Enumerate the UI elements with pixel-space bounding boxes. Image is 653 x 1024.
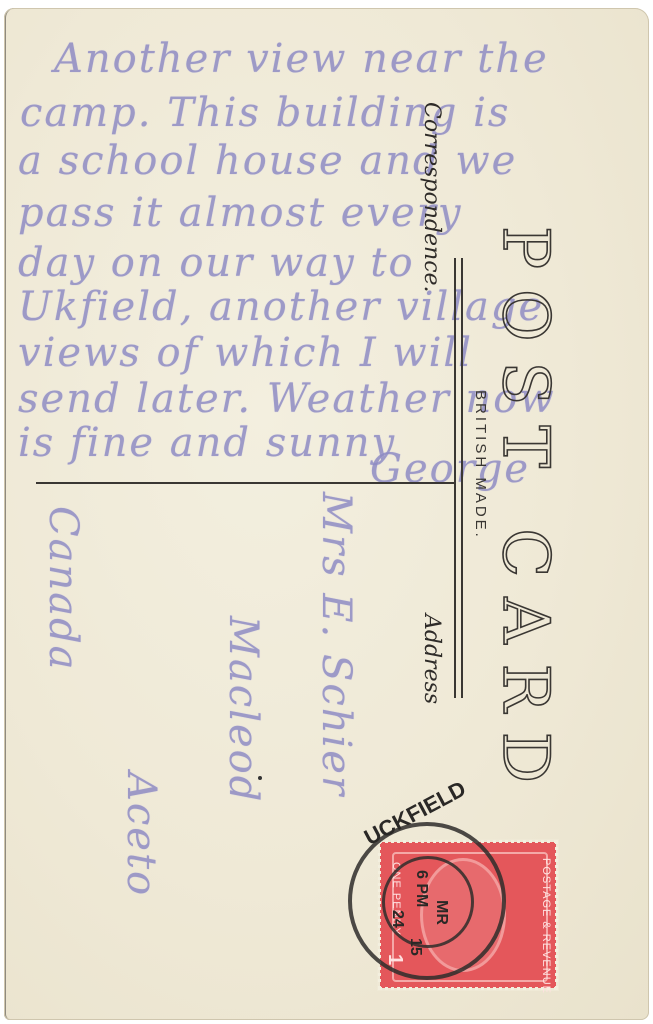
address-line: Mrs E. Schier [313,492,359,797]
post-card-title: POST CARD [488,226,562,803]
message-line: is fine and sunny [18,420,396,466]
message-line: Another view near the [54,36,549,82]
address-label: Address [419,614,444,704]
ink-dot [258,776,262,780]
address-line: Canada [40,506,86,672]
stamp-top-legend: POSTAGE & REVENUE [540,858,552,994]
message-line: views of which I will [18,330,473,376]
message-line: Ukfield, another village [18,284,544,330]
postmark-year: 15 [406,938,424,956]
postmark-time: 6 PM [412,870,430,907]
message-line: day on our way to [18,240,415,286]
british-made-label: BRITISH MADE. [472,390,489,540]
postmark-day: 24 [388,910,406,928]
correspondence-label: Correspondence. [419,102,444,293]
postmark-month: MR [432,900,450,925]
center-rule-left [454,258,456,698]
message-divider [36,482,456,484]
center-rule-right [461,258,463,698]
address-line: Aceto [118,772,164,897]
message-line: pass it almost every [18,190,462,236]
